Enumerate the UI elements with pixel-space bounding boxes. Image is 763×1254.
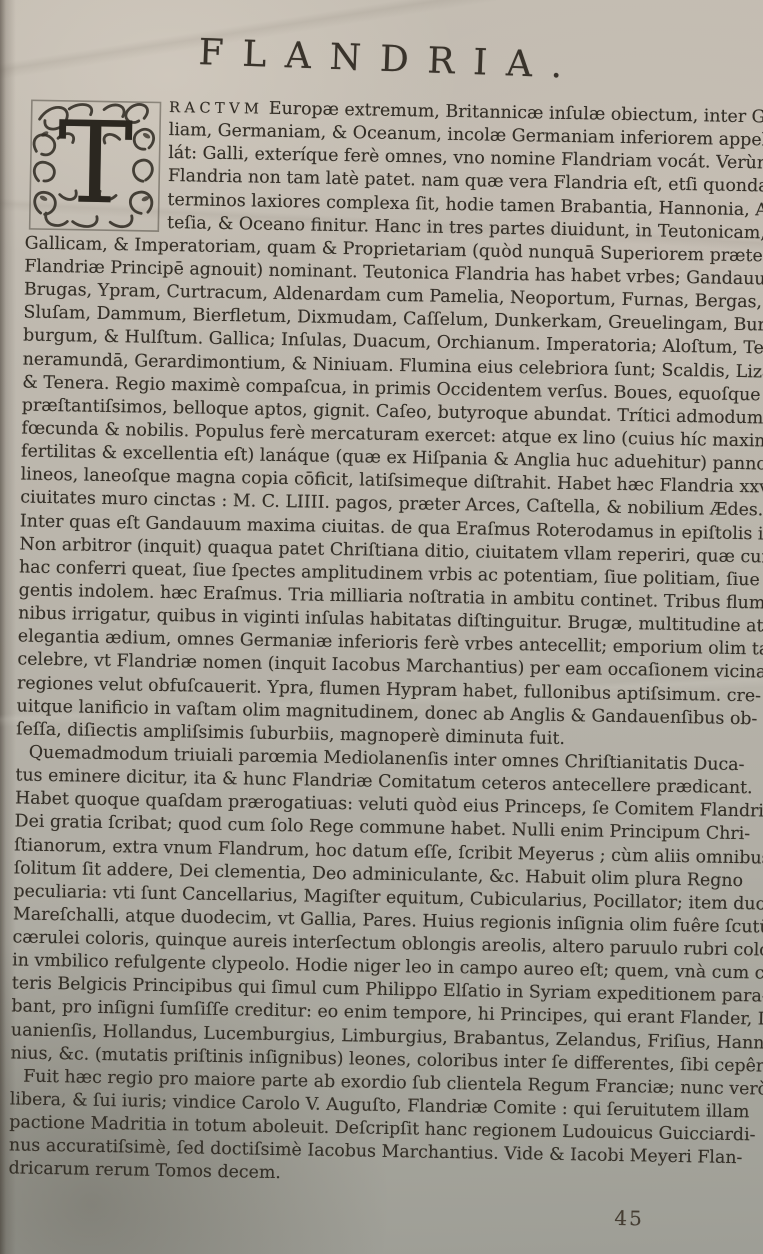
lead-smallcaps: RACTVM	[169, 99, 263, 118]
drop-cap-woodcut-initial-T: T	[27, 97, 163, 235]
svg-text:T: T	[56, 97, 133, 229]
paragraph: Quemadmodum triuiali parœmia Mediolanenſ…	[10, 741, 724, 1077]
page-content: FLANDRIA.	[0, 0, 763, 1232]
scanned-book-page: { "page": { "title": "FLANDRIA.", "page_…	[0, 0, 763, 1254]
page-title: FLANDRIA.	[0, 25, 762, 94]
paragraph: Fuit hæc regio pro maiore parte ab exord…	[8, 1065, 718, 1193]
body-text: T RACTVM Europæ extremum, Britannicæ inſ…	[0, 93, 761, 1194]
